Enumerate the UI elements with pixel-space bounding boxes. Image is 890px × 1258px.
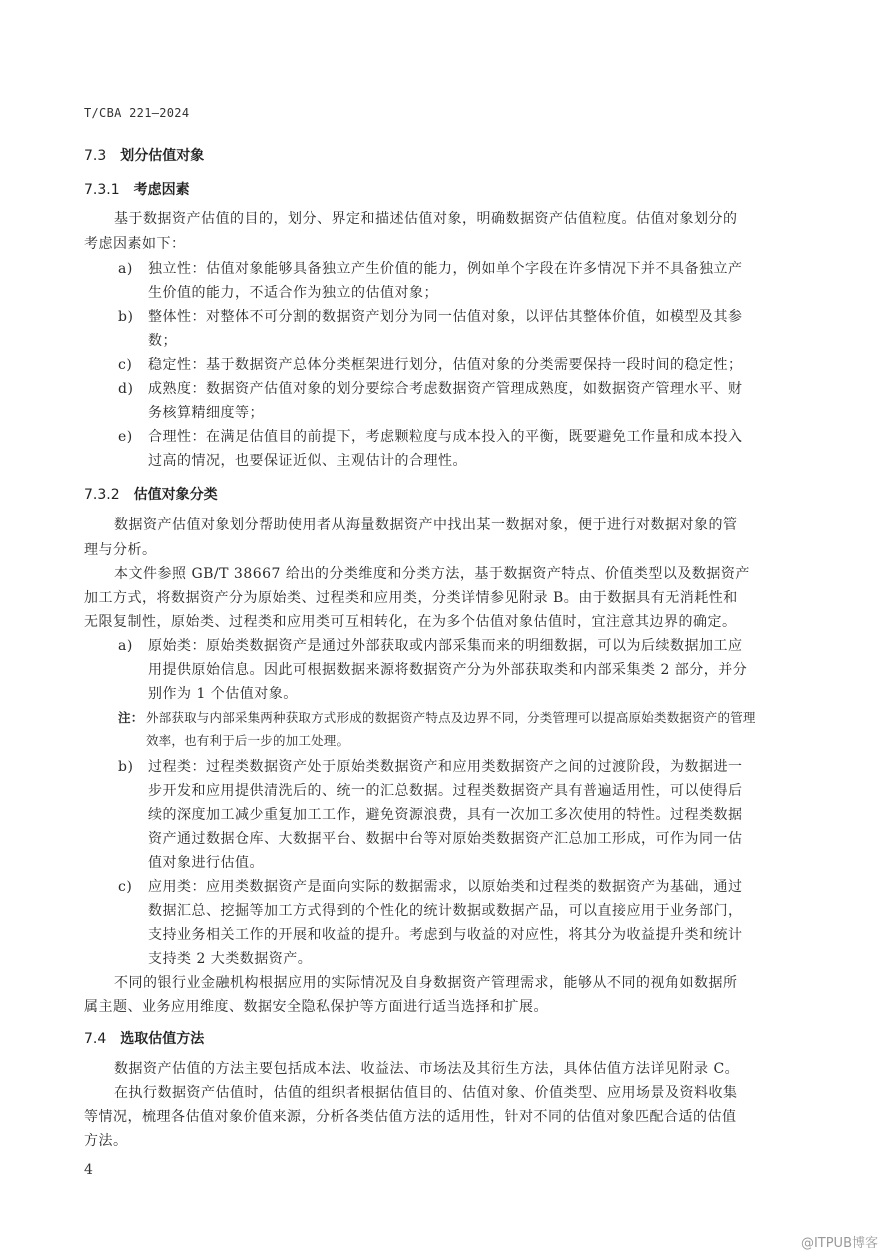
- list-item-line: 数据汇总、挖掘等加工方式得到的个性化的统计数据或数据产品，可以直接应用于业务部门…: [148, 901, 743, 921]
- paragraph-line: 等情况，梳理各估值对象价值来源，分析各类估值方法的适用性，针对不同的估值对象匹配…: [84, 1107, 737, 1127]
- section-heading-7-3-1: 7.3.1考虑因素: [84, 179, 190, 199]
- paragraph-line: 无限复制性，原始类、过程类和应用类可互相转化，在为多个估值对象估值时，宜注意其边…: [84, 612, 737, 632]
- list-marker: a): [118, 259, 133, 279]
- list-item-line: 务核算精细度等；: [148, 403, 264, 423]
- section-heading-7-4: 7.4选取估值方法: [84, 1028, 204, 1048]
- list-marker: e): [118, 427, 133, 447]
- section-number: 7.3: [84, 148, 106, 164]
- document-id-header: T/CBA 221—2024: [84, 106, 189, 120]
- document-page: T/CBA 221—2024 7.3划分估值对象 7.3.1考虑因素 基于数据资…: [0, 0, 890, 1258]
- list-marker: c): [118, 877, 132, 897]
- list-item-line: 合理性：在满足估值目的前提下，考虑颗粒度与成本投入的平衡，既要避免工作量和成本投…: [148, 427, 743, 447]
- note-label: 注：: [118, 708, 143, 728]
- list-item-line: 续的深度加工减少重复加工工作，避免资源浪费，具有一次加工多次使用的特性。过程类数…: [148, 805, 743, 825]
- watermark: @ITPUB博客: [801, 1232, 878, 1251]
- list-marker: b): [118, 757, 133, 777]
- list-item-line: 整体性：对整体不可分割的数据资产划分为同一估值对象，以评估其整体价值，如模型及其…: [148, 307, 743, 327]
- paragraph-line: 不同的银行业金融机构根据应用的实际情况及自身数据资产管理需求，能够从不同的视角如…: [114, 973, 738, 993]
- list-item-line: 支持类 2 大类数据资产。: [148, 949, 312, 969]
- list-item-line: 成熟度：数据资产估值对象的划分要综合考虑数据资产管理成熟度，如数据资产管理水平、…: [148, 379, 743, 399]
- note-line: 外部获取与内部采集两种获取方式形成的数据资产特点及边界不同，分类管理可以提高原始…: [146, 708, 756, 728]
- list-marker: d): [118, 379, 133, 399]
- paragraph-line: 本文件参照 GB/T 38667 给出的分类维度和分类方法，基于数据资产特点、价…: [114, 564, 750, 584]
- list-item-line: 稳定性：基于数据资产总体分类框架进行划分，估值对象的分类需要保持一段时间的稳定性…: [148, 355, 743, 375]
- paragraph-line: 数据资产估值对象划分帮助使用者从海量数据资产中找出某一数据对象，便于进行对数据对…: [114, 515, 738, 535]
- list-item-line: 步开发和应用提供清洗后的、统一的汇总数据。过程类数据资产具有普遍适用性，可以使得…: [148, 781, 743, 801]
- list-item-line: 过高的情况，也要保证近似、主观估计的合理性。: [148, 451, 467, 471]
- section-heading-7-3: 7.3划分估值对象: [84, 145, 204, 165]
- list-item-line: 应用类：应用类数据资产是面向实际的数据需求，以原始类和过程类的数据资产为基础，通…: [148, 877, 743, 897]
- list-item-line: 独立性：估值对象能够具备独立产生价值的能力，例如单个字段在许多情况下并不具备独立…: [148, 259, 743, 279]
- section-number: 7.3.1: [84, 182, 120, 198]
- page-number: 4: [84, 1162, 93, 1178]
- list-item-line: 支持业务相关工作的开展和收益的提升。考虑到与收益的对应性，将其分为收益提升类和统…: [148, 925, 743, 945]
- list-item-line: 数；: [148, 331, 177, 351]
- paragraph-line: 方法。: [84, 1131, 128, 1151]
- paragraph-line: 加工方式，将数据资产分为原始类、过程类和应用类，分类详情参见附录 B。由于数据具…: [84, 588, 738, 608]
- paragraph-line: 理与分析。: [84, 540, 157, 560]
- list-item-line: 生价值的能力，不适合作为独立的估值对象；: [148, 283, 438, 303]
- list-item-line: 值对象进行估值。: [148, 853, 264, 873]
- list-item-line: 资产通过数据仓库、大数据平台、数据中台等对原始类数据资产汇总加工形成，可作为同一…: [148, 829, 743, 849]
- list-marker: a): [118, 636, 133, 656]
- list-item-line: 原始类：原始类数据资产是通过外部获取或内部采集而来的明细数据，可以为后续数据加工…: [148, 636, 743, 656]
- section-heading-7-3-2: 7.3.2估值对象分类: [84, 484, 218, 504]
- section-title: 选取估值方法: [120, 1031, 204, 1047]
- paragraph-line: 在执行数据资产估值时，估值的组织者根据估值目的、估值对象、价值类型、应用场景及资…: [114, 1083, 738, 1103]
- list-item-line: 过程类：过程类数据资产处于原始类数据资产和应用类数据资产之间的过渡阶段，为数据进…: [148, 757, 743, 777]
- section-number: 7.3.2: [84, 487, 120, 503]
- paragraph-line: 考虑因素如下：: [84, 234, 186, 254]
- section-title: 考虑因素: [134, 182, 190, 198]
- section-number: 7.4: [84, 1031, 106, 1047]
- paragraph-line: 基于数据资产估值的目的，划分、界定和描述估值对象，明确数据资产估值粒度。估值对象…: [114, 209, 738, 229]
- list-item-line: 用提供原始信息。因此可根据数据来源将数据资产分为外部获取类和内部采集类 2 部分…: [148, 660, 747, 680]
- paragraph-line: 属主题、业务应用维度、数据安全隐私保护等方面进行适当选择和扩展。: [84, 997, 548, 1017]
- list-marker: b): [118, 307, 133, 327]
- list-marker: c): [118, 355, 132, 375]
- section-title: 划分估值对象: [120, 148, 204, 164]
- note-line: 效率，也有利于后一步的加工处理。: [146, 731, 349, 751]
- list-item-line: 别作为 1 个估值对象。: [148, 684, 298, 704]
- paragraph-line: 数据资产估值的方法主要包括成本法、收益法、市场法及其衍生方法，具体估值方法详见附…: [114, 1059, 739, 1079]
- section-title: 估值对象分类: [134, 487, 218, 503]
